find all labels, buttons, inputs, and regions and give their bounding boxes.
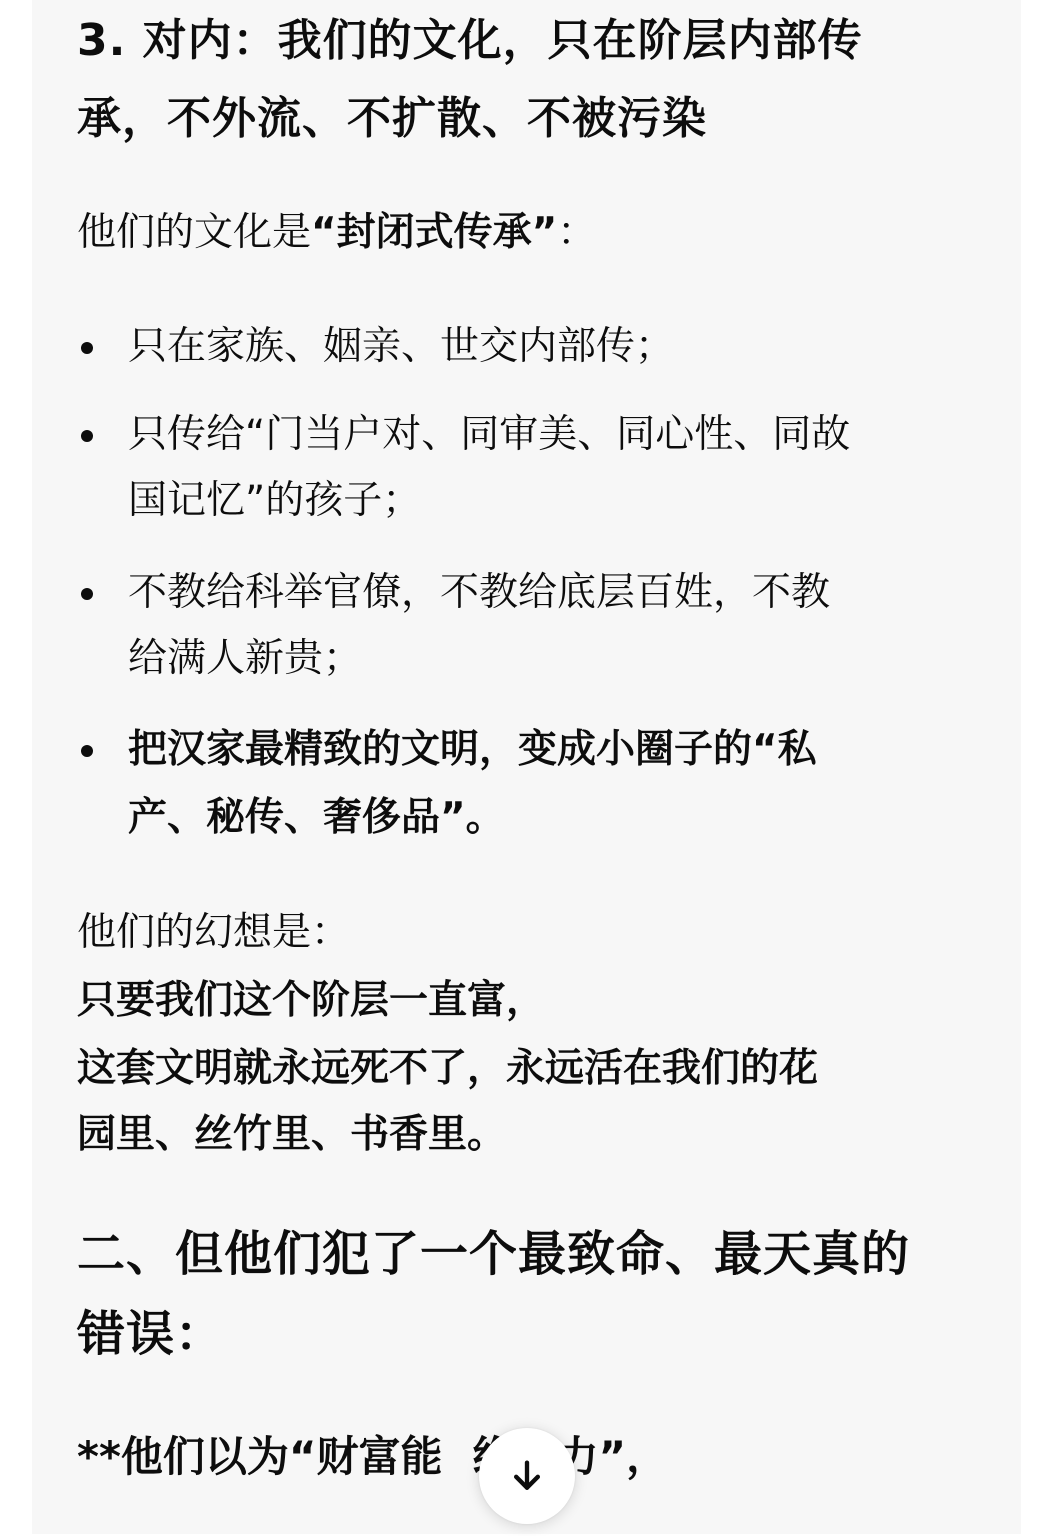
- fantasy-line3: 园里、丝竹里、书香里。: [77, 1102, 506, 1168]
- list-item-text-line2: 国记忆”的孩子；: [128, 467, 421, 535]
- list-item-text-line2: 产、秘传、奢侈品”。: [128, 784, 505, 852]
- section-heading-2-line2: 错误：: [77, 1294, 224, 1374]
- partial-text-left: **他们以为“财富能: [77, 1432, 443, 1481]
- fantasy-line1: 只要我们这个阶层一直富，: [77, 968, 545, 1034]
- section-heading-2-line1: 二、但他们犯了一个最致命、最天真的: [77, 1214, 910, 1294]
- bullet-dot-icon: [81, 430, 93, 442]
- list-item-text-line2: 给满人新贵；: [128, 625, 362, 693]
- list-item-text-line1: 把汉家最精致的文明，变成小圈子的“私: [128, 716, 817, 784]
- fantasy-line2: 这套文明就永远死不了，永远活在我们的花: [77, 1036, 818, 1102]
- bullet-dot-icon: [81, 588, 93, 600]
- bullet-dot-icon: [81, 745, 93, 757]
- list-item-text-line1: 不教给科举官僚，不教给底层百姓，不教: [128, 559, 830, 627]
- section-heading-3-line1: 3. 对内：我们的文化，只在阶层内部传: [77, 2, 863, 80]
- list-item-text-line1: 只传给“门当户对、同审美、同心性、同故: [128, 401, 850, 469]
- scroll-to-bottom-button[interactable]: [479, 1428, 575, 1524]
- list-item-text: 只在家族、姻亲、世交内部传；: [128, 313, 674, 381]
- intro-paragraph: 他们的文化是“封闭式传承”：: [77, 200, 596, 266]
- intro-prefix: 他们的文化是: [77, 210, 311, 255]
- intro-suffix: ：: [557, 210, 596, 255]
- fantasy-label: 他们的幻想是：: [77, 900, 350, 966]
- arrow-down-icon: [507, 1456, 547, 1496]
- bullet-dot-icon: [81, 342, 93, 354]
- intro-emphasis: “封闭式传承”: [311, 210, 557, 255]
- section-heading-3-line2: 承，不外流、不扩散、不被污染: [77, 80, 707, 158]
- partial-paragraph: **他们以为“财富能绝权力”，: [77, 1422, 668, 1492]
